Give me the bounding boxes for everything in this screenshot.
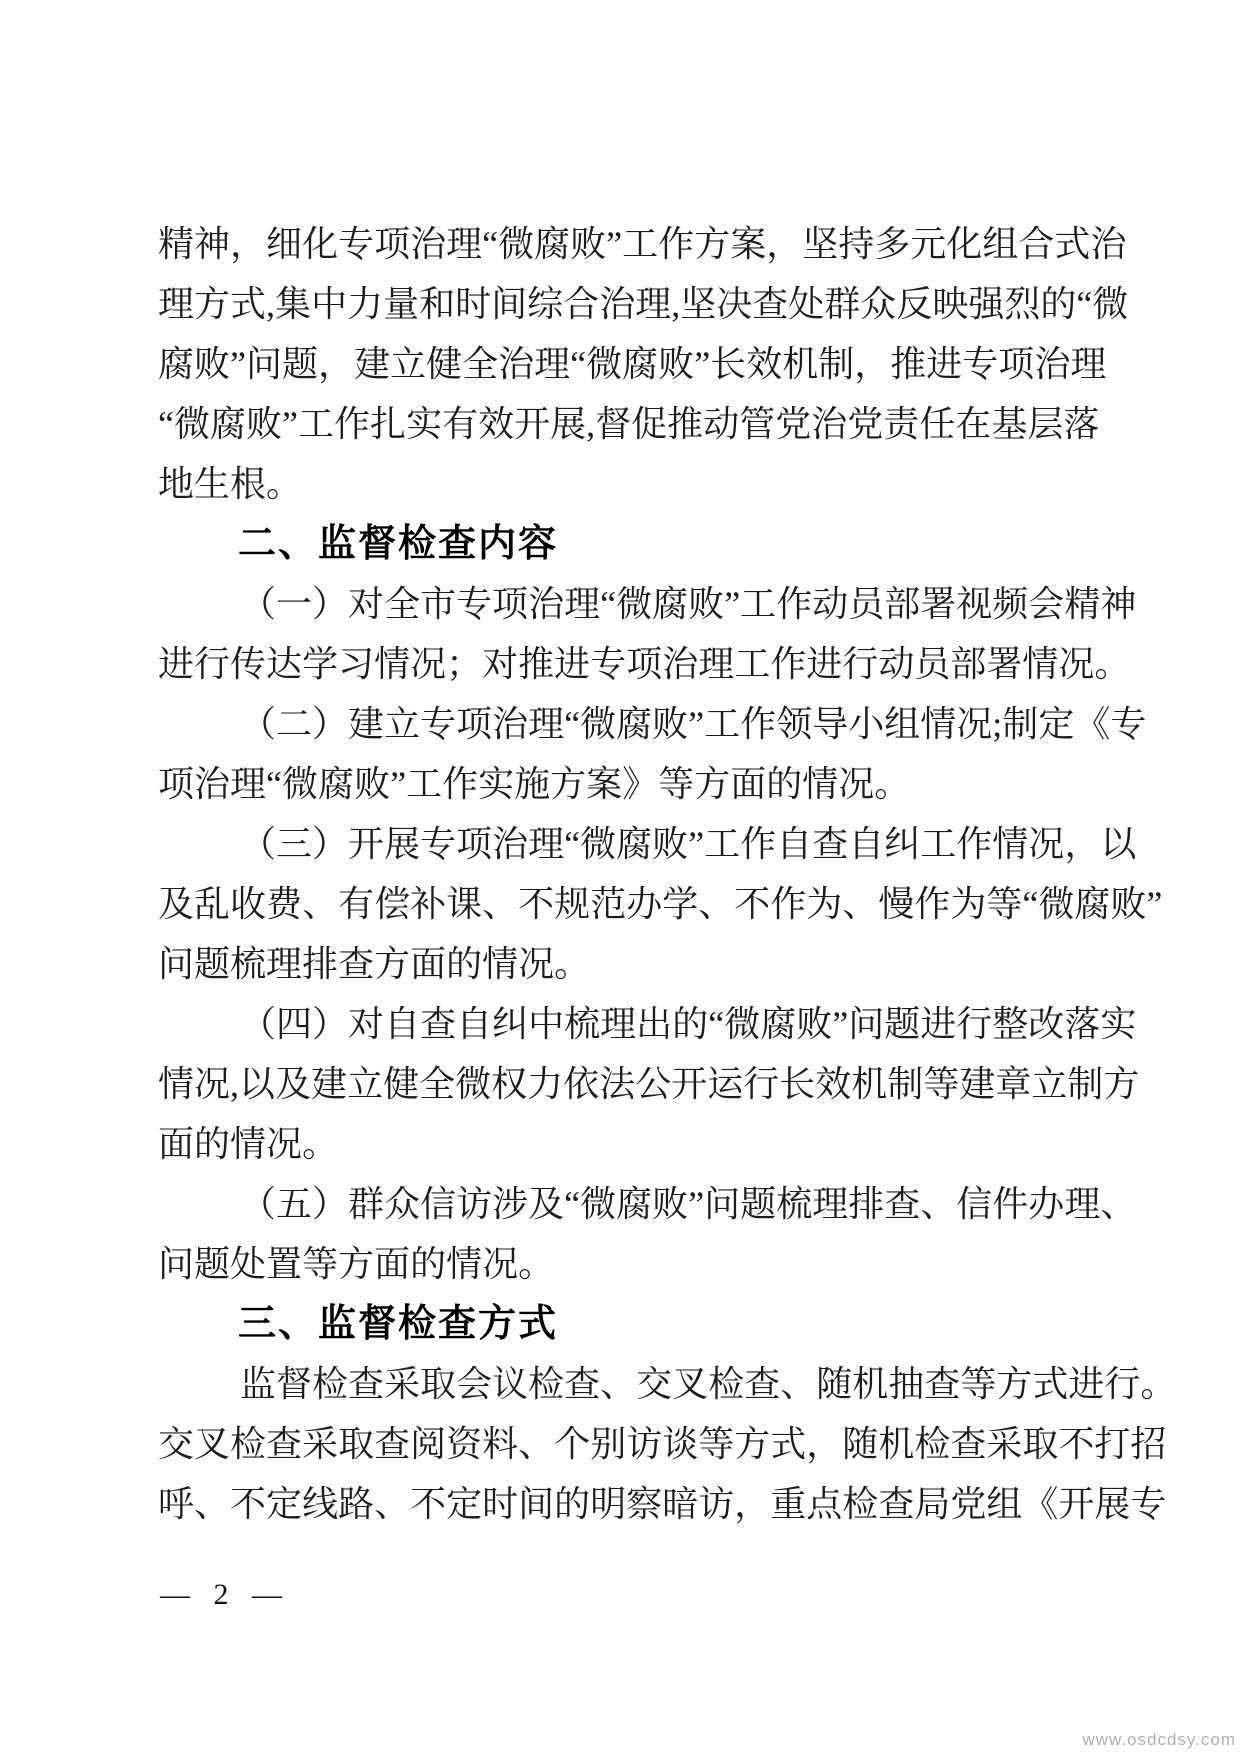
text-line: 问题处置等方面的情况。 — [158, 1234, 1086, 1294]
text-line: 精神，细化专项治理“微腐败”工作方案，坚持多元化组合式治 — [158, 214, 1086, 274]
document-page: 精神，细化专项治理“微腐败”工作方案，坚持多元化组合式治理方式,集中力量和时间综… — [0, 0, 1240, 1754]
text-line: 进行传达学习情况；对推进专项治理工作进行动员部署情况。 — [158, 634, 1086, 694]
text-line: （三）开展专项治理“微腐败”工作自查自纠工作情况，以 — [158, 814, 1086, 874]
text-line: （二）建立专项治理“微腐败”工作领导小组情况;制定《专 — [158, 694, 1086, 754]
text-line: 监督检查采取会议检查、交叉检查、随机抽查等方式进行。 — [158, 1354, 1086, 1414]
text-line: （一）对全市专项治理“微腐败”工作动员部署视频会精神 — [158, 574, 1086, 634]
text-line: 及乱收费、有偿补课、不规范办学、不作为、慢作为等“微腐败” — [158, 874, 1086, 934]
section-heading: 二、监督检查内容 — [158, 514, 1086, 574]
text-line: 问题梳理排查方面的情况。 — [158, 934, 1086, 994]
text-line: 呼、不定线路、不定时间的明察暗访，重点检查局党组《开展专 — [158, 1474, 1086, 1534]
text-line: 交叉检查采取查阅资料、个别访谈等方式，随机检查采取不打招 — [158, 1414, 1086, 1474]
text-line: “微腐败”工作扎实有效开展,督促推动管党治党责任在基层落 — [158, 394, 1086, 454]
text-line: （四）对自查自纠中梳理出的“微腐败”问题进行整改落实 — [158, 994, 1086, 1054]
page-number: — 2 — — [160, 1578, 290, 1612]
text-line: 项治理“微腐败”工作实施方案》等方面的情况。 — [158, 754, 1086, 814]
text-line: 面的情况。 — [158, 1114, 1086, 1174]
text-line: （五）群众信访涉及“微腐败”问题梳理排查、信件办理、 — [158, 1174, 1086, 1234]
text-line: 腐败”问题，建立健全治理“微腐败”长效机制，推进专项治理 — [158, 334, 1086, 394]
text-line: 情况,以及建立健全微权力依法公开运行长效机制等建章立制方 — [158, 1054, 1086, 1114]
section-heading: 三、监督检查方式 — [158, 1294, 1086, 1354]
document-body: 精神，细化专项治理“微腐败”工作方案，坚持多元化组合式治理方式,集中力量和时间综… — [158, 214, 1086, 1534]
watermark-text: www.osdcdsy.com — [1082, 1730, 1236, 1750]
text-line: 地生根。 — [158, 454, 1086, 514]
text-line: 理方式,集中力量和时间综合治理,坚决查处群众反映强烈的“微 — [158, 274, 1086, 334]
